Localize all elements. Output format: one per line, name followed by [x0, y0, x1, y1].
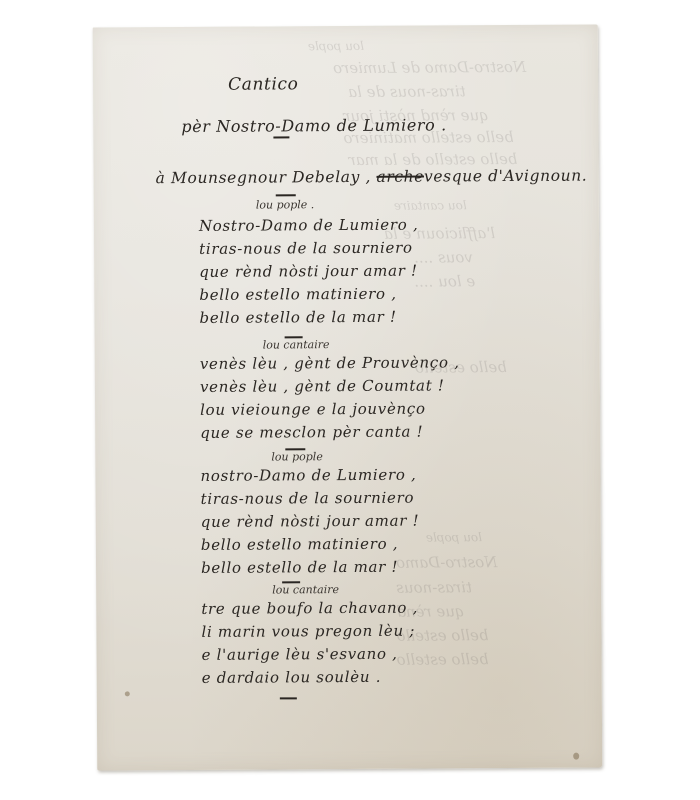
bleed-through-text: vous ....: [414, 245, 473, 269]
verse-line: que rènd nòsti jour amar !: [201, 510, 420, 534]
bleed-through-text: tiras-nous de la: [348, 79, 466, 104]
manuscript-title: Cantico: [228, 74, 298, 94]
struck-word: arche: [376, 168, 424, 186]
manuscript-address: à Mounsegnour Debelay , archevesque d'Av…: [156, 167, 588, 188]
separator-line: [273, 136, 289, 138]
bleed-through-text: e lou ....: [414, 269, 475, 293]
verse-line: bello estello de la mar !: [201, 556, 420, 580]
foxing-spot: [573, 753, 579, 760]
speaker-label: lou cantaire: [272, 583, 339, 596]
verse-line: tiras-nous de la sourniero: [201, 487, 420, 511]
verse-line: bello estello matiniero ,: [199, 283, 419, 307]
verse-line: que se mesclon pèr canta !: [200, 420, 460, 445]
address-prefix: à Mounsegnour Debelay ,: [156, 168, 377, 187]
address-suffix: vesque d'Avignoun.: [424, 167, 587, 186]
manuscript-page: lou pople Nostro-Damo de Lumiero tiras-n…: [93, 24, 603, 770]
verse-line: e dardaio lou soulèu .: [202, 666, 419, 690]
verse-line: que rènd nòsti jour amar !: [199, 260, 419, 284]
verse-line: nostro-Damo de Lumiero ,: [200, 464, 419, 488]
verse-line: Nostro-Damo de Lumiero ,: [199, 214, 419, 238]
speaker-label: lou pople .: [256, 198, 315, 211]
verse-line: venès lèu , gènt de Coumtat !: [200, 374, 460, 399]
verse-line: tre que boufo la chavano ,: [201, 597, 418, 621]
stanza-1: Nostro-Damo de Lumiero , tiras-nous de l…: [199, 214, 419, 330]
verse-line: li marin vous pregon lèu ;: [201, 620, 418, 644]
verse-line: lou vieiounge e la jouvènço: [200, 397, 460, 422]
stanza-2: venès lèu , gènt de Prouvènço , venès lè…: [200, 351, 460, 445]
foxing-spot: [125, 691, 130, 696]
verse-line: e l'aurige lèu s'esvano ,: [202, 643, 419, 667]
bleed-through-text: lou pople: [426, 525, 482, 549]
stanza-3: nostro-Damo de Lumiero , tiras-nous de l…: [200, 464, 419, 580]
speaker-label: lou cantaire: [263, 338, 330, 351]
verse-line: venès lèu , gènt de Prouvènço ,: [200, 351, 460, 376]
manuscript-dedication: pèr Nostro-Damo de Lumiero .: [181, 115, 447, 136]
photo-stage: lou pople Nostro-Damo de Lumiero tiras-n…: [0, 0, 700, 800]
verse-line: tiras-nous de la sourniero: [199, 237, 419, 261]
speaker-label: lou pople: [271, 450, 323, 463]
bleed-through-text: lou pople: [308, 34, 364, 58]
verse-line: bello estello matiniero ,: [201, 533, 420, 557]
separator-line: [280, 697, 297, 699]
verse-line: bello estello de la mar !: [199, 306, 419, 330]
stanza-4: tre que boufo la chavano , li marin vous…: [201, 597, 418, 690]
separator-line: [276, 194, 296, 196]
bleed-through-text: Nostro-Damo de Lumiero: [333, 55, 526, 80]
